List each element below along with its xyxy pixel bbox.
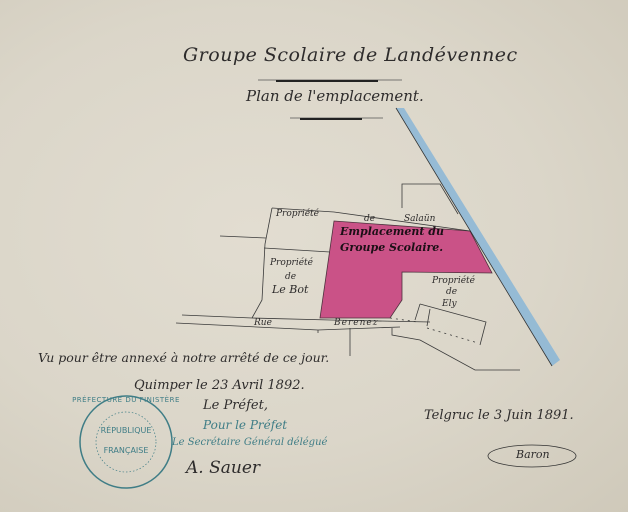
parcel-label-lebot-3: Le Bot xyxy=(272,283,308,296)
school-site-label-1: Emplacement du xyxy=(340,225,444,238)
street-label-rue: Rue xyxy=(254,318,272,328)
author-signature: Baron xyxy=(516,448,550,461)
approval-pour-le-prefet: Pour le Préfet xyxy=(203,418,287,432)
parcel-label-ely-2: de xyxy=(446,287,457,297)
site-plan-drawing xyxy=(0,0,628,512)
parcel-line-west xyxy=(220,236,266,238)
parcel-line-ely-south xyxy=(392,328,520,370)
stamp-outer-text: PRÉFECTURE DU FINISTÈRE xyxy=(70,396,182,404)
street-north-edge xyxy=(182,315,430,322)
approval-prefet: Le Préfet, xyxy=(203,398,268,413)
parcel-label-lebot-1: Propriété xyxy=(270,258,313,268)
stamp-inner-line-1: RÉPUBLIQUE xyxy=(96,426,156,435)
parcel-line-lebot-top xyxy=(264,248,330,252)
parcel-label-ely-1: Propriété xyxy=(432,276,475,286)
parcel-label-ely-3: Ely xyxy=(442,299,457,309)
street-label-berenez: Berenez xyxy=(334,318,378,328)
approval-secretaire: Le Secrétaire Général délégué xyxy=(172,437,327,448)
parcel-label-salaun-1: Propriété xyxy=(276,209,319,219)
parcel-label-salaun-2: de xyxy=(364,214,375,224)
document-sheet: Groupe Scolaire de Landévennec Plan de l… xyxy=(0,0,628,512)
dotted-boundary-2 xyxy=(427,328,478,343)
approval-line-1: Vu pour être annexé à notre arrêté de ce… xyxy=(38,350,329,365)
parcel-label-lebot-2: de xyxy=(285,272,296,282)
parcel-line-lebot-left xyxy=(252,208,272,318)
prefecture-stamp xyxy=(80,396,172,488)
approval-signature: A. Sauer xyxy=(186,458,260,478)
approval-date: Quimper le 23 Avril 1892. xyxy=(134,378,305,393)
school-site-label-2: Groupe Scolaire. xyxy=(340,241,443,254)
stamp-inner-line-2: FRANÇAISE xyxy=(96,446,156,455)
author-dateline: Telgruc le 3 Juin 1891. xyxy=(424,408,574,423)
parcel-label-salaun-3: Salaün xyxy=(404,214,435,224)
